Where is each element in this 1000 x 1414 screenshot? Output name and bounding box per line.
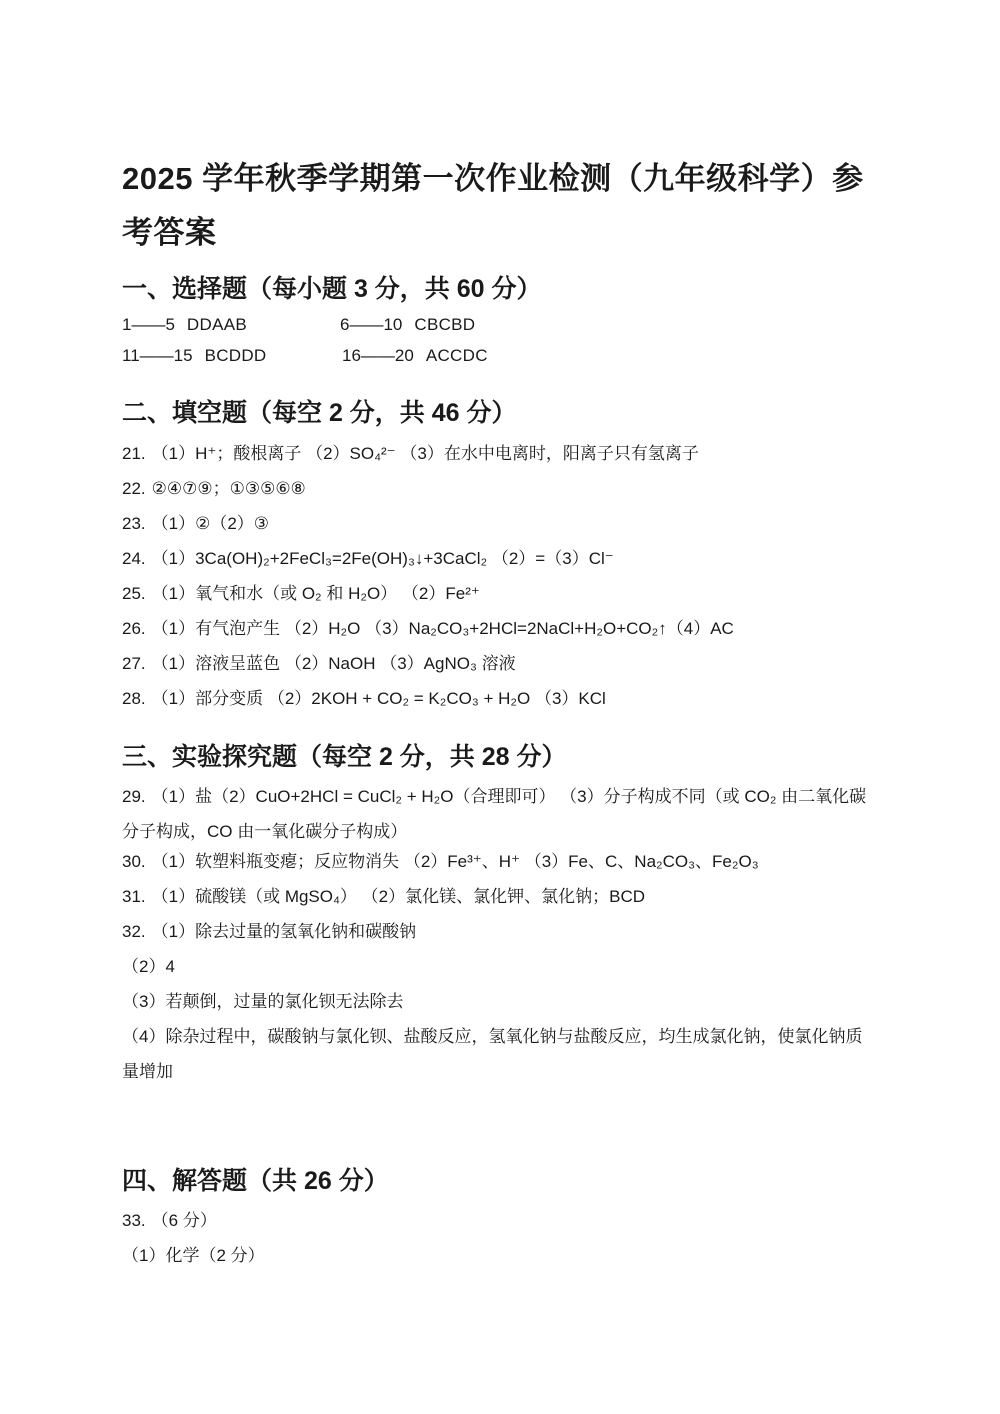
section-heading-answer: 四、解答题（共 26 分） <box>122 1164 389 1198</box>
question-number: 32. <box>122 920 146 944</box>
section-heading-choice: 一、选择题（每小题 3 分，共 60 分） <box>122 272 542 306</box>
choice-answer-group: 1——5DDAAB <box>122 313 247 337</box>
answer-text: （1）除去过量的氢氧化钠和碳酸钠 <box>152 922 416 941</box>
answer-text: （1）氧气和水（或 O₂ 和 H₂O） （2）Fe²⁺ <box>152 584 480 603</box>
answer-text: （1）H⁺；酸根离子 （2）SO₄²⁻ （3）在水中电离时，阳离子只有氢离子 <box>152 444 699 463</box>
question-number: 31. <box>122 885 146 909</box>
answer-subpart: （2）4 <box>122 955 175 979</box>
answer-letters: DDAAB <box>187 313 247 337</box>
choice-answer-group: 16——20ACCDC <box>342 344 488 368</box>
question-range: 11——15 <box>122 344 193 368</box>
answer-item-26: 26.（1）有气泡产生 （2）H₂O （3）Na₂CO₃+2HCl=2NaCl+… <box>122 617 734 641</box>
answer-item-32: 32.（1）除去过量的氢氧化钠和碳酸钠 <box>122 920 416 944</box>
answer-item-33: 33.（6 分） <box>122 1209 217 1233</box>
section-heading-experiment: 三、实验探究题（每空 2 分，共 28 分） <box>122 740 567 774</box>
answer-text: （1）软塑料瓶变瘪；反应物消失 （2）Fe³⁺、H⁺ （3）Fe、C、Na₂CO… <box>152 852 759 871</box>
choice-answer-group: 6——10CBCBD <box>340 313 475 337</box>
answer-letters: BCDDD <box>205 344 267 368</box>
answer-item-27: 27.（1）溶液呈蓝色 （2）NaOH （3）AgNO₃ 溶液 <box>122 652 516 676</box>
answer-item-24: 24.（1）3Ca(OH)₂+2FeCl₃=2Fe(OH)₃↓+3CaCl₂ （… <box>122 547 614 571</box>
answer-item-31: 31.（1）硫酸镁（或 MgSO₄） （2）氯化镁、氯化钾、氯化钠；BCD <box>122 885 645 909</box>
answer-text: （1）②（2）③ <box>152 514 269 533</box>
answer-subpart: （4）除杂过程中，碳酸钠与氯化钡、盐酸反应，氢氧化钠与盐酸反应，均生成氯化钠，使… <box>122 1019 877 1089</box>
answer-text: （1）部分变质 （2）2KOH + CO₂ = K₂CO₃ + H₂O （3）K… <box>152 689 606 708</box>
answer-item-23: 23.（1）②（2）③ <box>122 512 269 536</box>
answer-item-21: 21.（1）H⁺；酸根离子 （2）SO₄²⁻ （3）在水中电离时，阳离子只有氢离… <box>122 442 699 466</box>
question-range: 6——10 <box>340 313 402 337</box>
question-number: 27. <box>122 652 146 676</box>
answer-subpart: （3）若颠倒，过量的氯化钡无法除去 <box>122 990 403 1014</box>
answer-item-25: 25.（1）氧气和水（或 O₂ 和 H₂O） （2）Fe²⁺ <box>122 582 480 606</box>
question-number: 33. <box>122 1209 146 1233</box>
answer-item-22: 22.②④⑦⑨；①③⑤⑥⑧ <box>122 477 306 501</box>
question-range: 16——20 <box>342 344 414 368</box>
question-number: 29. <box>122 779 146 814</box>
answer-text: （1）有气泡产生 （2）H₂O （3）Na₂CO₃+2HCl=2NaCl+H₂O… <box>152 619 734 638</box>
answer-item-30: 30.（1）软塑料瓶变瘪；反应物消失 （2）Fe³⁺、H⁺ （3）Fe、C、Na… <box>122 850 759 874</box>
question-number: 23. <box>122 512 146 536</box>
answer-letters: ACCDC <box>426 344 488 368</box>
section-heading-fill: 二、填空题（每空 2 分，共 46 分） <box>122 396 517 430</box>
answer-subpart: （1）化学（2 分） <box>122 1244 265 1268</box>
question-range: 1——5 <box>122 313 175 337</box>
document-title: 2025 学年秋季学期第一次作业检测（九年级科学）参考答案 <box>122 152 882 260</box>
answer-text: （6 分） <box>152 1211 217 1230</box>
answer-text: ②④⑦⑨；①③⑤⑥⑧ <box>152 479 306 498</box>
question-number: 26. <box>122 617 146 641</box>
answer-text: （1）盐（2）CuO+2HCl = CuCl₂ + H₂O（合理即可） （3）分… <box>122 787 866 841</box>
question-number: 28. <box>122 687 146 711</box>
answer-item-29: 29.（1）盐（2）CuO+2HCl = CuCl₂ + H₂O（合理即可） （… <box>122 779 877 849</box>
choice-answer-group: 11——15BCDDD <box>122 344 267 368</box>
question-number: 25. <box>122 582 146 606</box>
answer-text: （1）硫酸镁（或 MgSO₄） （2）氯化镁、氯化钾、氯化钠；BCD <box>152 887 645 906</box>
answer-letters: CBCBD <box>414 313 475 337</box>
answer-text: （1）3Ca(OH)₂+2FeCl₃=2Fe(OH)₃↓+3CaCl₂ （2）=… <box>152 549 614 568</box>
question-number: 24. <box>122 547 146 571</box>
question-number: 30. <box>122 850 146 874</box>
question-number: 22. <box>122 477 146 501</box>
answer-text: （1）溶液呈蓝色 （2）NaOH （3）AgNO₃ 溶液 <box>152 654 516 673</box>
answer-item-28: 28.（1）部分变质 （2）2KOH + CO₂ = K₂CO₃ + H₂O （… <box>122 687 606 711</box>
question-number: 21. <box>122 442 146 466</box>
